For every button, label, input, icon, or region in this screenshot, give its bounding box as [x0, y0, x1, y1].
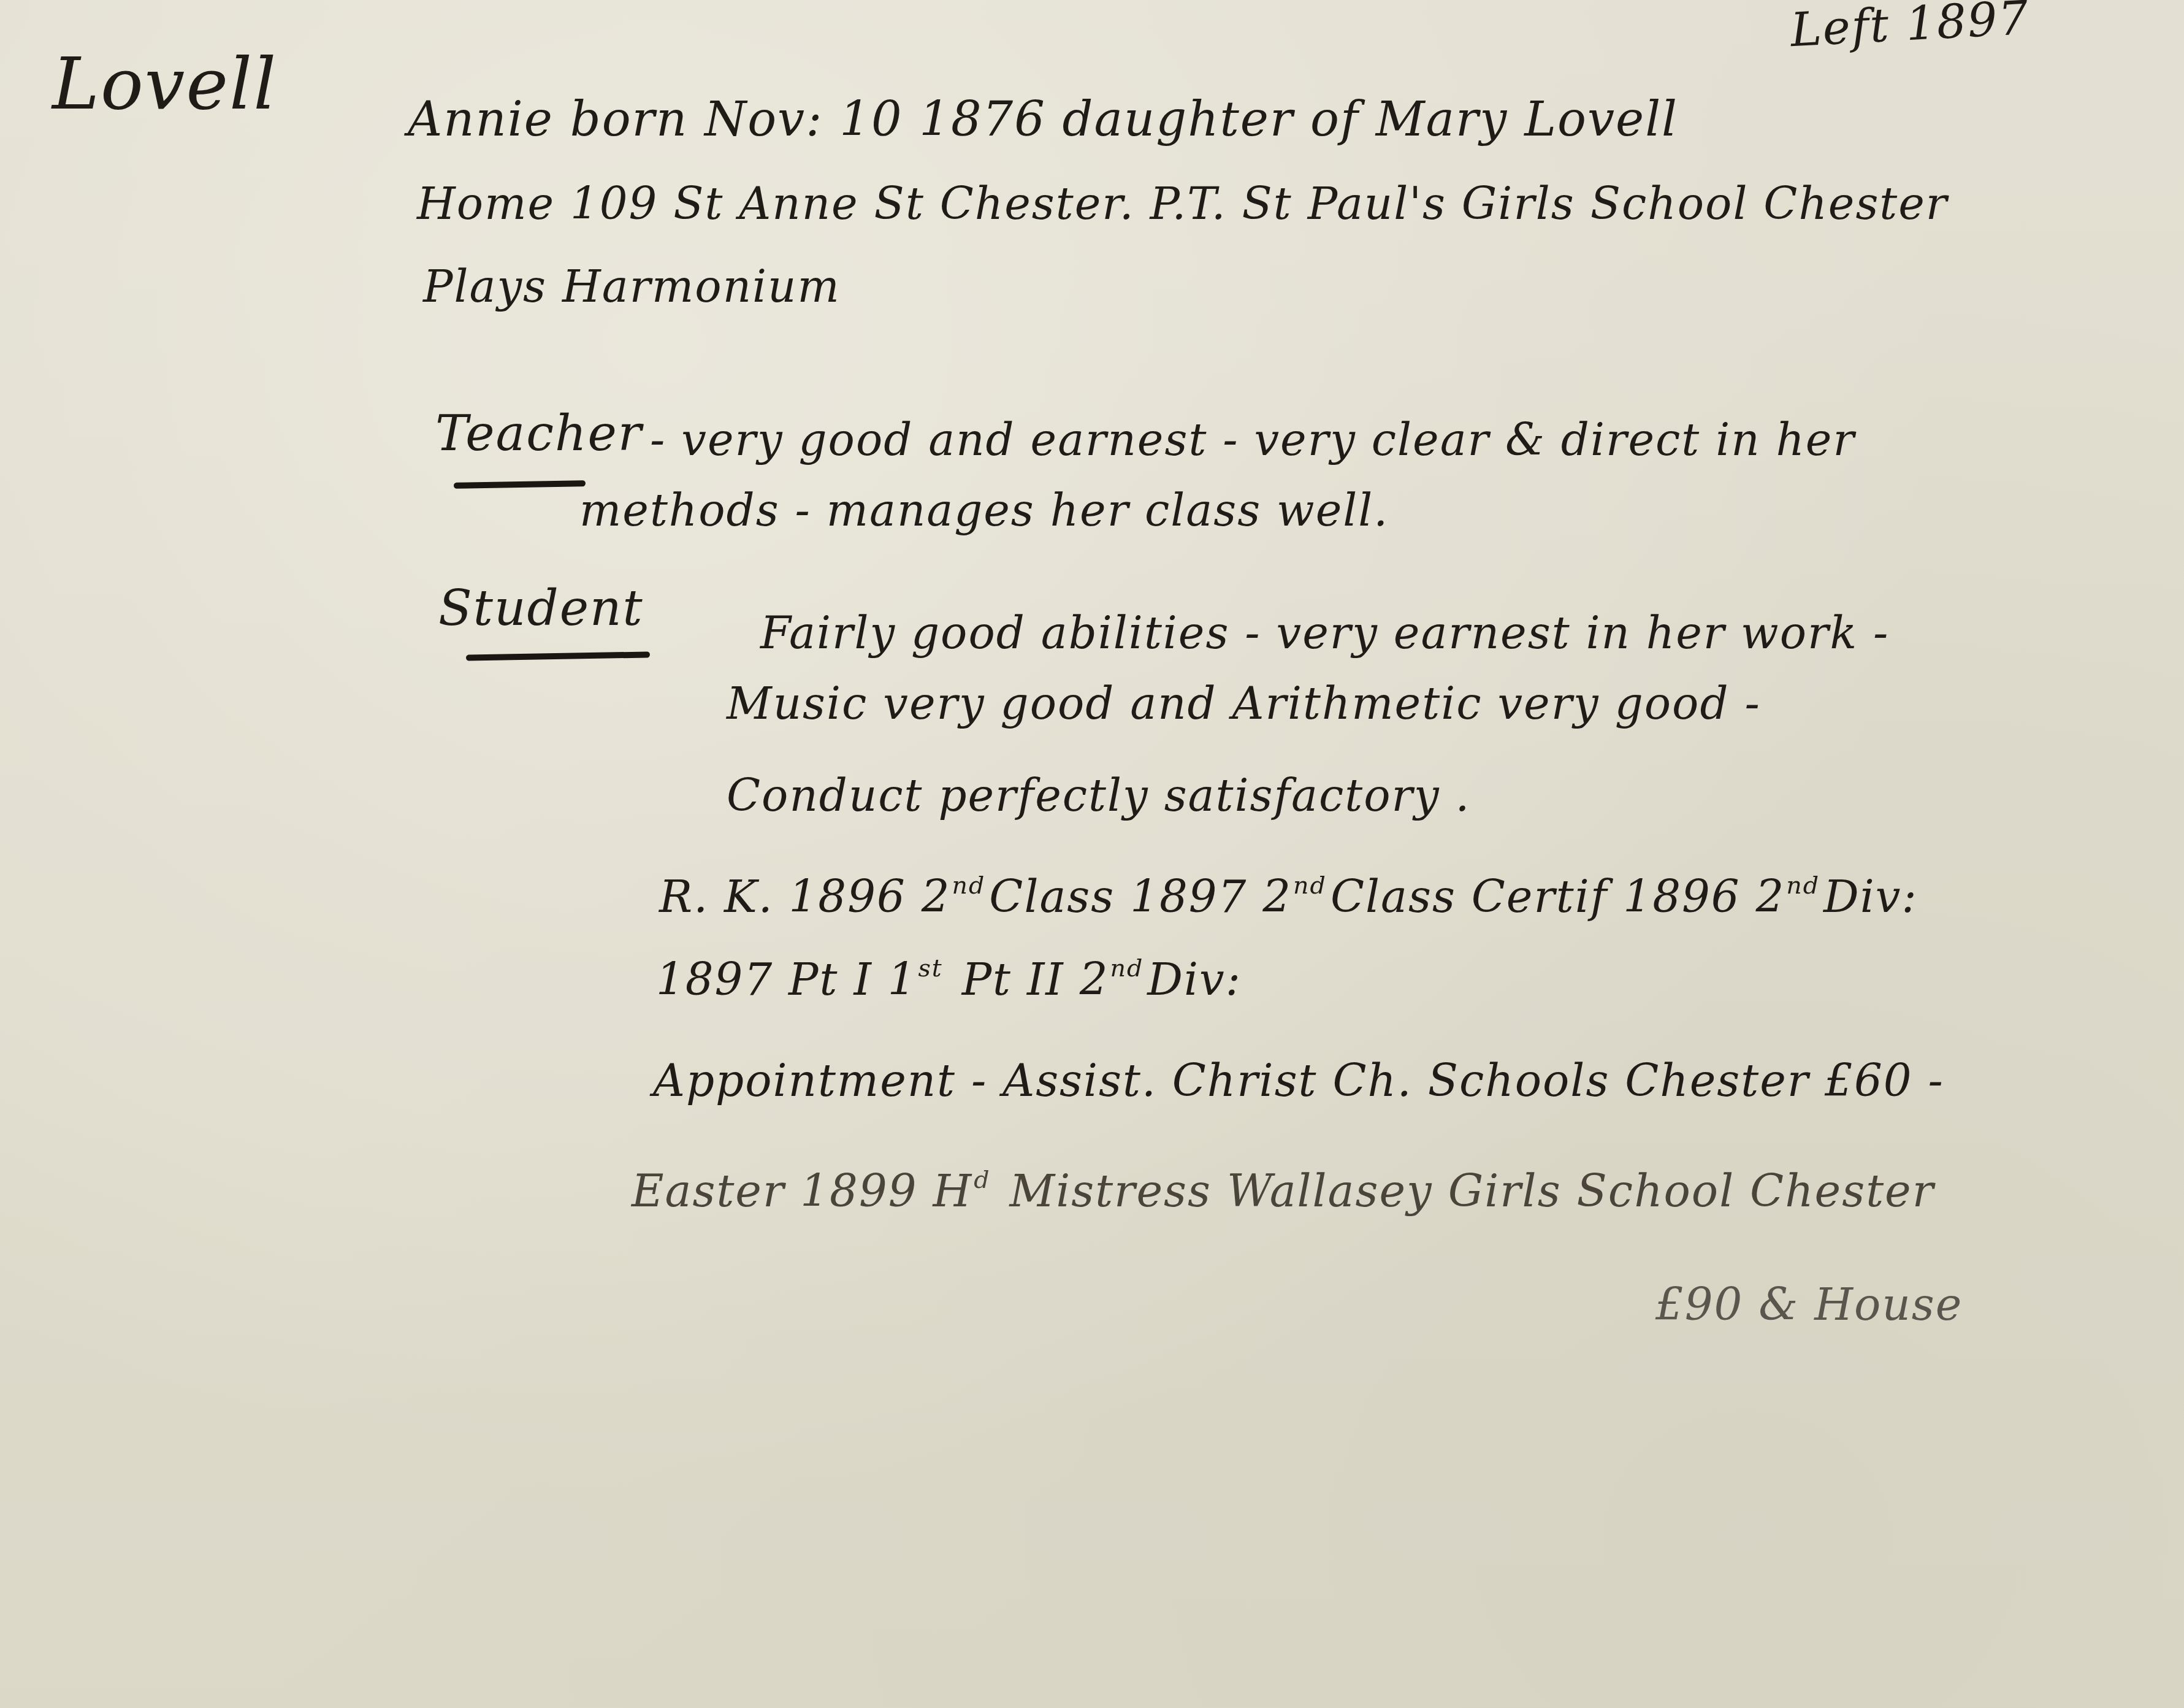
surname-heading: Lovell: [52, 43, 277, 126]
entry-line-instrument: Plays Harmonium: [423, 261, 841, 312]
student-remark-line-2: Music very good and Arithmetic very good…: [727, 678, 1761, 729]
register-page: Left 1897 Lovell Annie born Nov: 10 1876…: [0, 0, 2184, 1708]
teacher-remark-line-1: - very good and earnest - very clear & d…: [650, 414, 1855, 465]
easter-1899-head: Easter 1899 H: [632, 1165, 972, 1217]
exam-1897-class: Class 1897 2: [989, 871, 1292, 922]
student-remark-line-1: Fairly good abilities - very earnest in …: [760, 607, 1889, 659]
mistress-wallasey: Mistress Wallasey Girls School Chester: [995, 1165, 1935, 1217]
abbreviation-suffix: d: [974, 1166, 990, 1194]
student-remark-line-3: Conduct perfectly satisfactory .: [727, 770, 1470, 821]
exam-1897-part-1: 1897 Pt I 1: [656, 954, 917, 1005]
entry-line-home-school: Home 109 St Anne St Chester. P.T. St Pau…: [417, 178, 1948, 229]
appointment-line: Appointment - Assist. Christ Ch. Schools…: [653, 1055, 1944, 1106]
student-underline: [466, 651, 650, 661]
exam-division: Div:: [1147, 954, 1242, 1005]
exam-results-line-2: 1897 Pt I 1st Pt II 2ndDiv:: [656, 954, 1242, 1005]
teacher-remark-line-2: methods - manages her class well.: [579, 484, 1389, 536]
later-appointment-line: Easter 1899 Hd Mistress Wallasey Girls S…: [632, 1165, 1934, 1217]
exam-rk-1896: R. K. 1896 2: [659, 871, 950, 922]
exam-division: Div:: [1823, 871, 1918, 922]
student-label: Student: [438, 580, 644, 637]
teacher-label: Teacher: [435, 405, 643, 462]
exam-certificate: Class Certif 1896 2: [1331, 871, 1785, 922]
salary-note: £90 & House: [1655, 1279, 1963, 1330]
exam-results-line-1: R. K. 1896 2ndClass 1897 2ndClass Certif…: [659, 871, 1918, 922]
ordinal-suffix: nd: [1786, 871, 1820, 900]
ordinal-suffix: nd: [1110, 954, 1144, 982]
ordinal-suffix: st: [918, 954, 943, 982]
exam-1897-part-2: Pt II 2: [947, 954, 1109, 1005]
marginal-note-left-date: Left 1897: [1789, 0, 2031, 57]
ordinal-suffix: nd: [952, 871, 985, 900]
ordinal-suffix: nd: [1293, 871, 1327, 900]
entry-line-birth: Annie born Nov: 10 1876 daughter of Mary…: [408, 92, 1678, 147]
teacher-underline: [454, 480, 586, 489]
